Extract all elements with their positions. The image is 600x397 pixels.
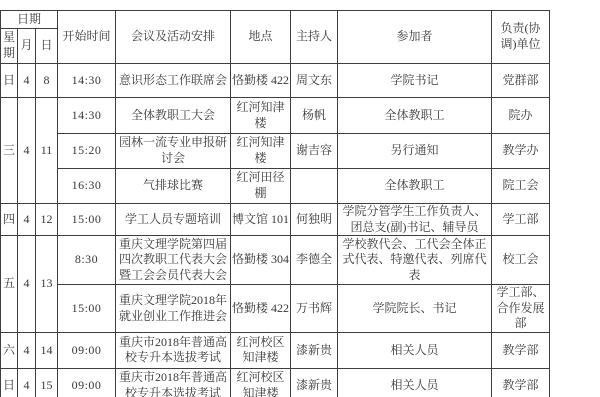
time-cell: 15:00 <box>58 285 116 333</box>
participants-cell: 全体教职工 <box>338 169 492 204</box>
weekday-cell: 三 <box>1 98 18 204</box>
table-row: 五 4 13 8:30 重庆文理学院第四届四次教职工代表大会暨工会会员代表大会 … <box>1 236 550 285</box>
table-row: 三 4 11 14:30 全体教职工大会 红河知津楼 杨帆 全体教职工 院办 <box>1 98 550 134</box>
header-start-time: 开始时间 <box>58 11 116 64</box>
header-day: 日 <box>36 29 58 64</box>
event-cell: 园林一流专业申报研讨会 <box>116 134 231 169</box>
location-cell: 红河校区知津楼 <box>231 368 291 397</box>
table-row: 六 4 14 09:00 重庆市2018年普通高校专升本选拔考试 红河校区知津楼… <box>1 332 550 368</box>
host-cell: 万书辉 <box>291 285 338 333</box>
header-row-date: 日期 开始时间 会议及活动安排 地点 主持人 参加者 负责(协调)单位 <box>1 11 550 29</box>
participants-cell: 相关人员 <box>338 368 492 397</box>
participants-cell: 学校教代会、工代会全体正式代表、特邀代表、列席代表 <box>338 236 492 285</box>
location-cell: 红河知津楼 <box>231 98 291 134</box>
day-cell: 11 <box>36 98 58 204</box>
host-cell: 何独明 <box>291 204 338 236</box>
event-cell: 意识形态工作联席会 <box>116 64 231 98</box>
unit-cell: 教学办 <box>492 134 550 169</box>
day-cell: 13 <box>36 236 58 333</box>
schedule-table: 日期 开始时间 会议及活动安排 地点 主持人 参加者 负责(协调)单位 星期 月… <box>0 10 550 397</box>
location-cell: 红河知津楼 <box>231 134 291 169</box>
participants-cell: 全体教职工 <box>338 98 492 134</box>
table-row: 15:00 重庆文理学院2018年就业创业工作推进会 恪勤楼 422 万书辉 学… <box>1 285 550 333</box>
day-cell: 8 <box>36 64 58 98</box>
event-cell: 重庆文理学院2018年就业创业工作推进会 <box>116 285 231 333</box>
day-cell: 14 <box>36 332 58 368</box>
header-weekday: 星期 <box>1 29 18 64</box>
event-cell: 重庆市2018年普通高校专升本选拔考试 <box>116 368 231 397</box>
participants-cell: 相关人员 <box>338 332 492 368</box>
host-cell <box>291 169 338 204</box>
header-event: 会议及活动安排 <box>116 11 231 64</box>
host-cell: 周文东 <box>291 64 338 98</box>
time-cell: 14:30 <box>58 98 116 134</box>
time-cell: 09:00 <box>58 332 116 368</box>
unit-cell: 党群部 <box>492 64 550 98</box>
month-cell: 4 <box>18 64 36 98</box>
table-row: 16:30 气排球比赛 红河田径棚 全体教职工 院工会 <box>1 169 550 204</box>
unit-cell: 校工会 <box>492 236 550 285</box>
host-cell: 李德全 <box>291 236 338 285</box>
location-cell: 红河田径棚 <box>231 169 291 204</box>
table-row: 15:20 园林一流专业申报研讨会 红河知津楼 谢吉容 另行通知 教学办 <box>1 134 550 169</box>
participants-cell: 学院分管学生工作负责人、团总支(副)书记、辅导员 <box>338 204 492 236</box>
event-cell: 学工人员专题培训 <box>116 204 231 236</box>
unit-cell: 院办 <box>492 98 550 134</box>
location-cell: 红河校区知津楼 <box>231 332 291 368</box>
time-cell: 14:30 <box>58 64 116 98</box>
time-cell: 09:00 <box>58 368 116 397</box>
participants-cell: 学院书记 <box>338 64 492 98</box>
header-date-group: 日期 <box>1 11 58 29</box>
location-cell: 恪勤楼 304 <box>231 236 291 285</box>
month-cell: 4 <box>18 332 36 368</box>
weekday-cell: 四 <box>1 204 18 236</box>
table-row: 日 4 15 09:00 重庆市2018年普通高校专升本选拔考试 红河校区知津楼… <box>1 368 550 397</box>
host-cell: 漆新贵 <box>291 368 338 397</box>
time-cell: 15:00 <box>58 204 116 236</box>
weekday-cell: 五 <box>1 236 18 333</box>
table-row: 日 4 8 14:30 意识形态工作联席会 恪勤楼 422 周文东 学院书记 党… <box>1 64 550 98</box>
month-cell: 4 <box>18 98 36 204</box>
day-cell: 15 <box>36 368 58 397</box>
event-cell: 重庆文理学院第四届四次教职工代表大会暨工会会员代表大会 <box>116 236 231 285</box>
participants-cell: 学院院长、书记 <box>338 285 492 333</box>
header-location: 地点 <box>231 11 291 64</box>
unit-cell: 教学部 <box>492 368 550 397</box>
time-cell: 16:30 <box>58 169 116 204</box>
event-cell: 气排球比赛 <box>116 169 231 204</box>
header-participants: 参加者 <box>338 11 492 64</box>
time-cell: 8:30 <box>58 236 116 285</box>
host-cell: 漆新贵 <box>291 332 338 368</box>
weekday-cell: 日 <box>1 64 18 98</box>
location-cell: 恪勤楼 422 <box>231 285 291 333</box>
day-cell: 12 <box>36 204 58 236</box>
month-cell: 4 <box>18 368 36 397</box>
schedule-sheet: 日期 开始时间 会议及活动安排 地点 主持人 参加者 负责(协调)单位 星期 月… <box>0 0 600 397</box>
unit-cell: 学工部、合作发展部 <box>492 285 550 333</box>
unit-cell: 院工会 <box>492 169 550 204</box>
unit-cell: 教学部 <box>492 332 550 368</box>
location-cell: 恪勤楼 422 <box>231 64 291 98</box>
header-host: 主持人 <box>291 11 338 64</box>
weekday-cell: 日 <box>1 368 18 397</box>
header-unit: 负责(协调)单位 <box>492 11 550 64</box>
header-month: 月 <box>18 29 36 64</box>
host-cell: 杨帆 <box>291 98 338 134</box>
month-cell: 4 <box>18 236 36 333</box>
month-cell: 4 <box>18 204 36 236</box>
event-cell: 重庆市2018年普通高校专升本选拔考试 <box>116 332 231 368</box>
unit-cell: 学工部 <box>492 204 550 236</box>
time-cell: 15:20 <box>58 134 116 169</box>
participants-cell: 另行通知 <box>338 134 492 169</box>
table-row: 四 4 12 15:00 学工人员专题培训 博文馆 101 何独明 学院分管学生… <box>1 204 550 236</box>
location-cell: 博文馆 101 <box>231 204 291 236</box>
host-cell: 谢吉容 <box>291 134 338 169</box>
event-cell: 全体教职工大会 <box>116 98 231 134</box>
weekday-cell: 六 <box>1 332 18 368</box>
